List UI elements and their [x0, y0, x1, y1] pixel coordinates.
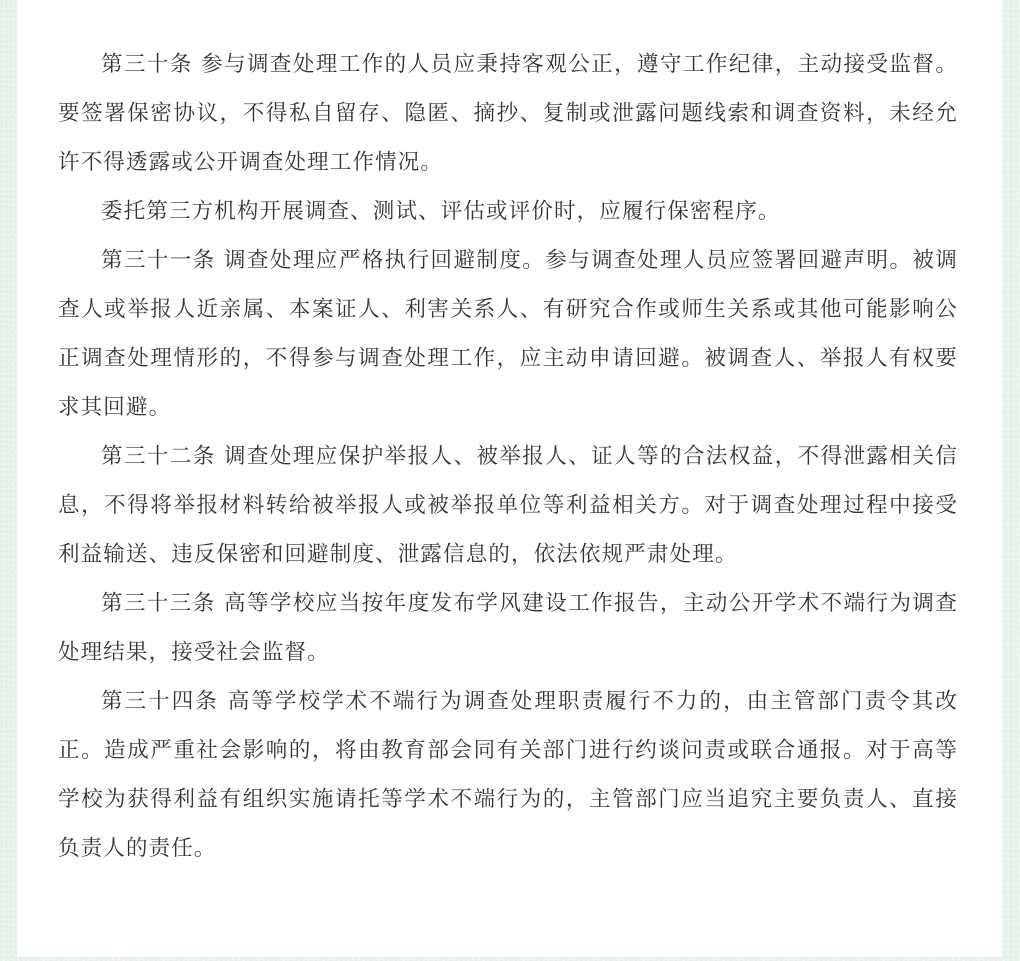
- article-body: 第三十条 参与调查处理工作的人员应秉持客观公正，遵守工作纪律，主动接受监督。要签…: [58, 40, 958, 873]
- paragraph-article-30: 第三十条 参与调查处理工作的人员应秉持客观公正，遵守工作纪律，主动接受监督。要签…: [58, 40, 958, 187]
- paragraph-article-33: 第三十三条 高等学校应当按年度发布学风建设工作报告，主动公开学术不端行为调查处理…: [58, 579, 958, 677]
- paragraph-article-31: 第三十一条 调查处理应严格执行回避制度。参与调查处理人员应签署回避声明。被调查人…: [58, 236, 958, 432]
- paragraph-article-34: 第三十四条 高等学校学术不端行为调查处理职责履行不力的，由主管部门责令其改正。造…: [58, 677, 958, 873]
- paragraph-third-party-confidentiality: 委托第三方机构开展调查、测试、评估或评价时，应履行保密程序。: [58, 187, 958, 236]
- article-card: 第三十条 参与调查处理工作的人员应秉持客观公正，遵守工作纪律，主动接受监督。要签…: [17, 0, 1002, 957]
- paragraph-article-32: 第三十二条 调查处理应保护举报人、被举报人、证人等的合法权益，不得泄露相关信息，…: [58, 432, 958, 579]
